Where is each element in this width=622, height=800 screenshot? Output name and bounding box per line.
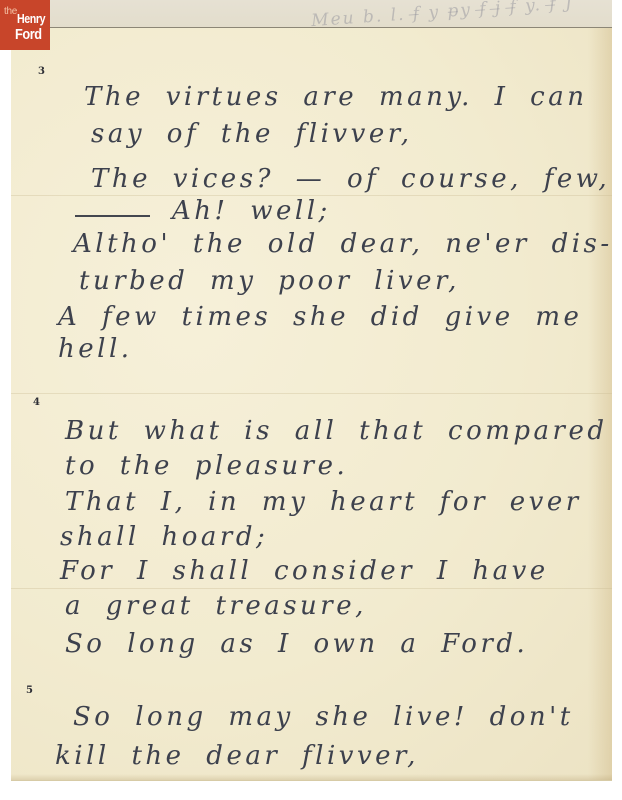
poem-line: Ah! well; bbox=[75, 196, 331, 226]
poem-line: But what is all that compared bbox=[65, 416, 607, 446]
paper-fold-line bbox=[11, 393, 612, 394]
poem-line: The vices? — of course, few, but bbox=[91, 164, 622, 194]
logo-henry-text: Henry bbox=[17, 12, 45, 25]
poem-line: to the pleasure. bbox=[65, 451, 348, 481]
margin-mark: 5 bbox=[26, 685, 33, 696]
poem-line: turbed my poor liver, bbox=[79, 266, 460, 296]
poem-line: A few times she did give me bbox=[58, 302, 582, 332]
poem-line: For I shall consider I have bbox=[60, 556, 549, 586]
margin-mark: 4 bbox=[33, 397, 40, 408]
poem-line: Altho' the old dear, ne'er dis- bbox=[73, 229, 613, 259]
logo-the-text: the bbox=[4, 7, 17, 17]
faded-illegible-writing: Meu b. l. f̶ y p̶y f̶ j̶ f̶ y. f̶ J bbox=[311, 0, 575, 28]
henry-ford-logo: the Henry Ford bbox=[0, 0, 50, 50]
margin-mark: 3 bbox=[38, 66, 45, 77]
manuscript-page: Meu b. l. f̶ y p̶y f̶ j̶ f̶ y. f̶ J 3 4 … bbox=[11, 0, 612, 780]
poem-line: That I, in my heart for ever bbox=[65, 487, 582, 517]
poem-line: The virtues are many. I can bbox=[84, 82, 587, 112]
poem-line: hell. bbox=[58, 334, 133, 364]
poem-line-text: Ah! well; bbox=[172, 196, 331, 226]
poem-line: kill the dear flivver, bbox=[55, 741, 419, 771]
poem-line: So long as I own a Ford. bbox=[65, 629, 528, 659]
paper-fold-line bbox=[11, 588, 612, 589]
poem-line: say of the flivver, bbox=[91, 119, 413, 149]
dash-rule bbox=[75, 215, 150, 217]
poem-line: So long may she live! don't bbox=[73, 702, 574, 732]
poem-line: shall hoard; bbox=[60, 522, 268, 552]
poem-line: a great treasure, bbox=[65, 591, 367, 621]
logo-ford-text: Ford bbox=[15, 27, 42, 42]
overlapping-sheet-strip: Meu b. l. f̶ y p̶y f̶ j̶ f̶ y. f̶ J bbox=[11, 0, 612, 28]
